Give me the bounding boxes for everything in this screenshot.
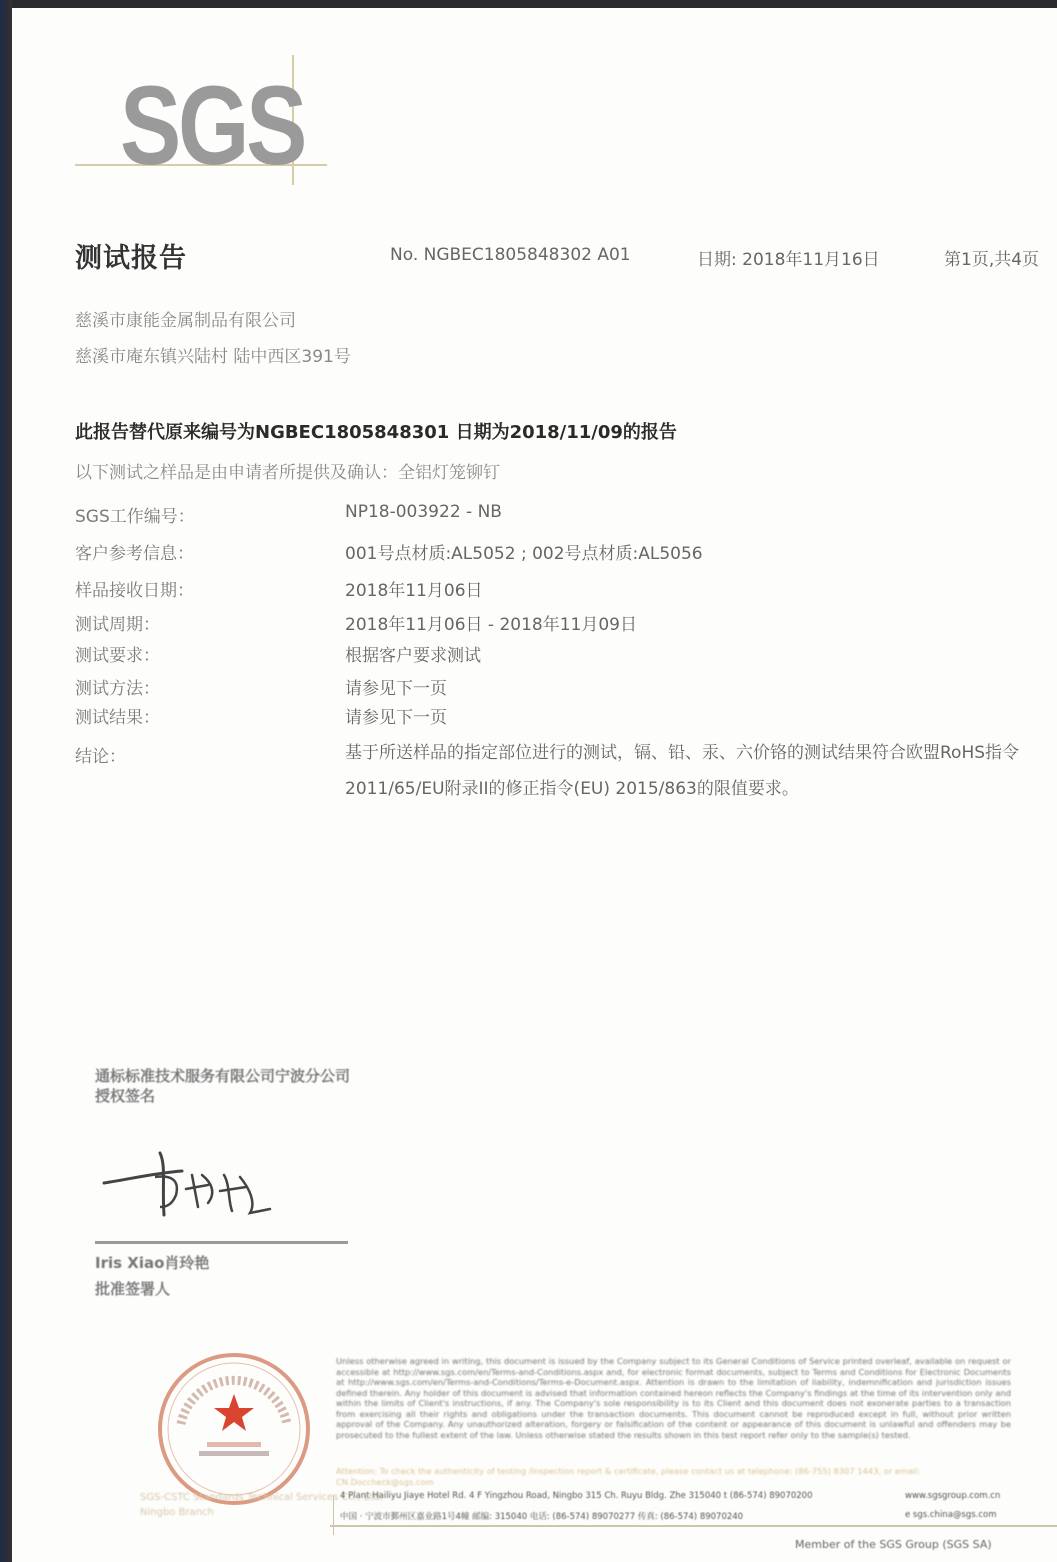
- conclusion-text: 基于所送样品的指定部位进行的测试，镉、铅、汞、六价铬的测试结果符合欧盟RoHS指…: [345, 735, 1035, 807]
- detail-value-job-no: NP18-003922 - NB: [345, 502, 502, 522]
- authenticity-notice: Attention: To check the authenticity of …: [336, 1466, 1011, 1487]
- footer-email: e sgs.china@sgs.com: [905, 1510, 997, 1520]
- detail-value-method: 请参见下一页: [345, 674, 447, 699]
- detail-label-client-ref: 客户参考信息：: [75, 539, 194, 564]
- report-title: 测试报告: [75, 236, 187, 275]
- sample-intro: 以下测试之样品是由申请者所提供及确认：全铝灯笼铆钉: [75, 458, 500, 483]
- detail-label-received: 样品接收日期：: [75, 576, 194, 601]
- detail-value-requirement: 根据客户要求测试: [345, 641, 481, 666]
- footer-address-cn: 中国 · 宁波市鄞州区嘉业路1号4幢 邮编: 315040 电话: (86-57…: [340, 1510, 743, 1522]
- detail-label-period: 测试周期：: [75, 610, 160, 635]
- viewer-top-border: [0, 0, 1057, 8]
- report-number: No. NGBEC1805848302 A01: [390, 245, 631, 265]
- detail-value-period: 2018年11月06日 - 2018年11月09日: [345, 610, 637, 635]
- viewer-left-border: [0, 0, 12, 1562]
- signing-organization: 通标标准技术服务有限公司宁波分公司 授权签名: [95, 1066, 350, 1106]
- signature-line: [95, 1241, 348, 1244]
- signer-name: Iris Xiao肖玲艳: [95, 1250, 209, 1276]
- detail-value-received: 2018年11月06日: [345, 576, 483, 601]
- applicant-address: 慈溪市庵东镇兴陆村 陆中西区391号: [75, 342, 351, 367]
- replacement-notice: 此报告替代原来编号为NGBEC1805848301 日期为2018/11/09的…: [75, 418, 677, 444]
- detail-label-results: 测试结果：: [75, 703, 160, 728]
- conclusion-label: 结论：: [75, 742, 126, 767]
- applicant-company: 慈溪市康能金属制品有限公司: [75, 306, 296, 331]
- detail-label-requirement: 测试要求：: [75, 641, 160, 666]
- legal-disclaimer: Unless otherwise agreed in writing, this…: [336, 1356, 1011, 1440]
- signing-org-name: 通标标准技术服务有限公司宁波分公司: [95, 1066, 350, 1086]
- sgs-group-member: Member of the SGS Group (SGS SA): [795, 1538, 992, 1551]
- signing-org-authorized: 授权签名: [95, 1086, 350, 1106]
- sgs-logo: SGS: [120, 70, 304, 182]
- signer-block: Iris Xiao肖玲艳 批准签署人: [95, 1250, 209, 1302]
- signer-title: 批准签署人: [95, 1276, 209, 1302]
- detail-value-client-ref: 001号点材质:AL5052 ; 002号点材质:AL5056: [345, 539, 703, 564]
- company-seal-stamp: [155, 1350, 313, 1508]
- detail-label-method: 测试方法：: [75, 674, 160, 699]
- footer-divider: [330, 1525, 1057, 1527]
- detail-value-results: 请参见下一页: [345, 703, 447, 728]
- report-date: 日期: 2018年11月16日: [697, 245, 880, 270]
- footer-address-en: 4 Plant Hailiyu Jiaye Hotel Rd. 4 F Ying…: [340, 1491, 813, 1501]
- handwritten-signature: [100, 1145, 290, 1235]
- footer-divider-tick: [333, 1495, 334, 1535]
- footer-website: www.sgsgroup.com.cn: [905, 1491, 1000, 1501]
- page-indicator: 第1页,共4页: [944, 245, 1039, 270]
- detail-label-job-no: SGS工作编号：: [75, 502, 195, 527]
